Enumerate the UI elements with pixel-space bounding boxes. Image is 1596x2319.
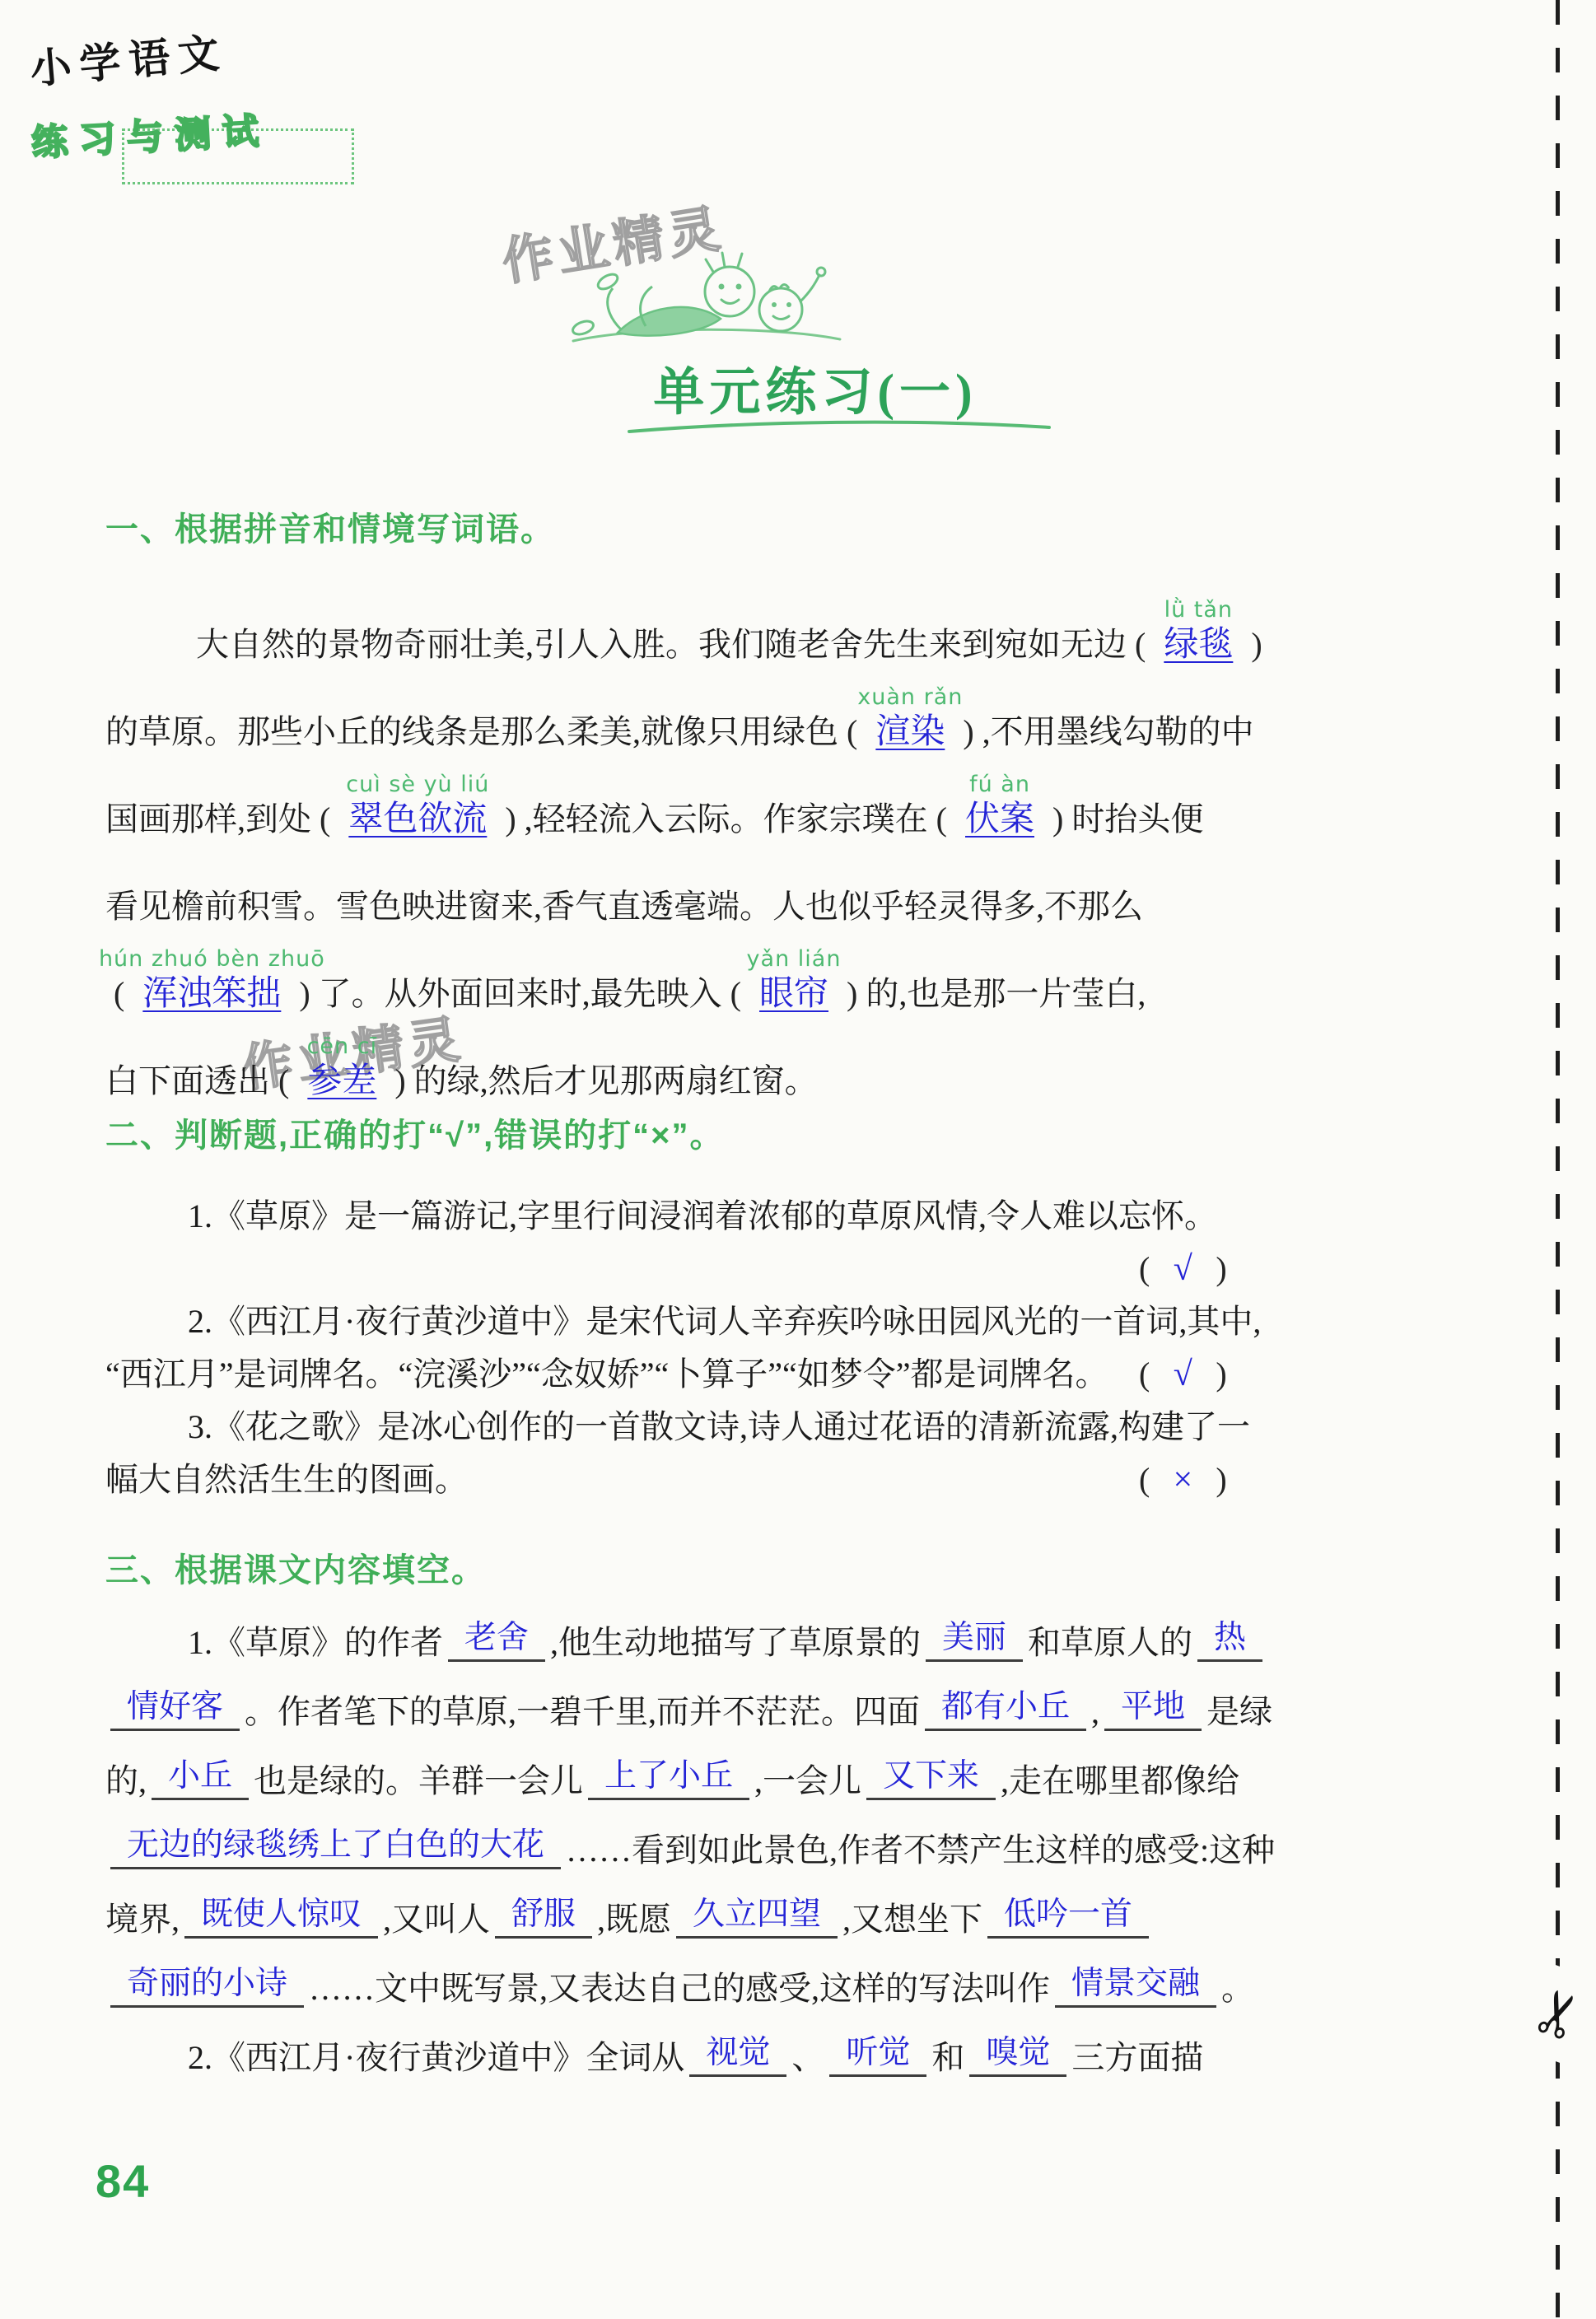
printed-text: ,	[1091, 1693, 1099, 1731]
pinyin-answer-unit: xuàn rǎn ( 渲染 )	[838, 713, 982, 751]
exercise-line: 国画那样,到处 cuì sè yù liú ( 翠色欲流 ) ,轻轻流入云际。作…	[105, 751, 1499, 838]
blank-answer: 既使人惊叹	[184, 1896, 378, 1939]
fill-line: 1.《草原》的作者 老舍 ,他生动地描写了草原景的 美丽 和草原人的 热	[105, 1593, 1499, 1662]
open-paren: (	[1124, 1250, 1164, 1288]
pinyin-label: fú àn	[969, 772, 1030, 797]
handwritten-answer: 伏案	[955, 800, 1044, 838]
printed-text: 三方面描	[1071, 2039, 1203, 2077]
close-paren: )	[1201, 1461, 1241, 1499]
section-2: 二、判断题,正确的打“√”,错误的打“×”。 1.《草原》是一篇游记,字里行间浸…	[105, 1113, 1499, 1499]
blank-answer: 久立四望	[676, 1896, 838, 1939]
blank-answer: 热	[1197, 1619, 1262, 1662]
workbook-page: 小学语文 练习与测试 作业精灵 作业精灵 单元练习(一)	[0, 0, 1596, 2319]
handwritten-answer: 浑浊笨拙	[133, 975, 291, 1013]
printed-text: 、	[791, 2039, 824, 2077]
printed-text: 2.《西江月·夜行黄沙道中》全词从	[105, 2039, 684, 2077]
pinyin-answer-unit: lǜ tǎn ( 绿毯 )	[1127, 626, 1271, 664]
blank-answer: 又下来	[866, 1757, 996, 1800]
pinyin-answer-unit: hún zhuó bèn zhuō ( 浑浊笨拙 )	[105, 975, 319, 1013]
close-paren: )	[1201, 1250, 1241, 1288]
check-mark: √	[1164, 1250, 1201, 1288]
printed-text: 。作者笔下的草原,一碧千里,而并不茫茫。四面	[245, 1693, 920, 1731]
judgement-answer: ( × )	[1124, 1461, 1242, 1499]
blank-answer: 情好客	[110, 1688, 240, 1731]
printed-text: 也是绿的。羊群一会儿	[254, 1762, 583, 1800]
fill-line: 的, 小丘 也是绿的。羊群一会儿 上了小丘 ,一会儿 又下来 ,走在哪里都像给	[105, 1731, 1499, 1800]
close-paren: )	[1201, 1355, 1241, 1393]
answer-line: ( √ )	[105, 1235, 1499, 1288]
publisher-logo: 小学语文 练习与测试	[30, 28, 376, 201]
open-paren: (	[1124, 1355, 1164, 1393]
judgement-items: 1.《草原》是一篇游记,字里行间浸润着浓郁的草原风情,令人难以忘怀。 ( √ )…	[105, 1183, 1499, 1499]
page-title: 单元练习(一)	[576, 351, 1054, 424]
printed-text: 白下面透出	[105, 1062, 270, 1100]
section-1-heading: 一、根据拼音和情境写词语。	[105, 507, 1499, 552]
printed-text: 幅大自然活生生的图画。	[105, 1461, 468, 1499]
blank-answer: 小丘	[152, 1757, 249, 1800]
question-line: “西江月”是词牌名。“浣溪沙”“念奴娇”“卜算子”“如梦令”都是词牌名。 ( √…	[105, 1341, 1499, 1393]
printed-text: 国画那样,到处	[105, 800, 311, 838]
fill-line: 无边的绿毯绣上了白色的大花 ……看到如此景色,作者不禁产生这样的感受:这种	[105, 1800, 1499, 1869]
question-line: 2.《西江月·夜行黄沙道中》是宋代词人辛弃疾吟咏田园风光的一首词,其中,	[105, 1288, 1499, 1341]
page-number: 84	[96, 2154, 150, 2208]
judgement-answer: ( √ )	[1124, 1250, 1242, 1288]
pinyin-answer-unit: yǎn lián ( 眼帘 )	[722, 975, 866, 1013]
pinyin-label: cuì sè yù liú	[346, 772, 489, 797]
logo-title: 小学语文	[27, 20, 229, 96]
pinyin-label: hún zhuó bèn zhuō	[99, 946, 325, 972]
question-line: 1.《草原》是一篇游记,字里行间浸润着浓郁的草原风情,令人难以忘怀。	[105, 1183, 1499, 1235]
exercise-line: 的草原。那些小丘的线条是那么柔美,就像只用绿色 xuàn rǎn ( 渲染 ) …	[105, 664, 1499, 751]
pinyin-label: lǜ tǎn	[1164, 597, 1233, 623]
section-3-heading: 三、根据课文内容填空。	[105, 1548, 1499, 1593]
printed-text: 的草原。那些小丘的线条是那么柔美,就像只用绿色	[105, 713, 838, 751]
close-paren: )	[838, 975, 866, 1013]
exercise-line: 白下面透出 cēn cī ( 参差 ) 的绿,然后才见那两扇红窗。	[105, 1013, 1499, 1100]
printed-text: 的,也是那一片莹白,	[866, 975, 1146, 1013]
fill-line: 情好客 。作者笔下的草原,一碧千里,而并不茫茫。四面 都有小丘 , 平地 是绿	[105, 1662, 1499, 1731]
open-paren: (	[928, 800, 955, 838]
close-paren: )	[1243, 626, 1270, 664]
close-paren: )	[497, 800, 524, 838]
printed-text: “西江月”是词牌名。“浣溪沙”“念奴娇”“卜算子”“如梦令”都是词牌名。	[105, 1355, 1108, 1393]
printed-text: 的,	[105, 1762, 147, 1800]
pinyin-answer-unit: fú àn ( 伏案 )	[928, 800, 1072, 838]
printed-text: ,一会儿	[754, 1762, 861, 1800]
fill-line: 奇丽的小诗 ……文中既写景,又表达自己的感受,这样的写法叫作 情景交融 。	[105, 1939, 1499, 2008]
printed-text: ,不用墨线勾勒的中	[982, 713, 1254, 751]
printed-text: ……看到如此景色,作者不禁产生这样的感受:这种	[566, 1831, 1275, 1869]
fill-blank-items: 1.《草原》的作者 老舍 ,他生动地描写了草原景的 美丽 和草原人的 热 情好客…	[105, 1593, 1499, 2077]
blank-answer: 奇丽的小诗	[110, 1965, 304, 2008]
printed-text: 和	[931, 2039, 964, 2077]
question-line: 3.《花之歌》是冰心创作的一首散文诗,诗人通过花语的清新流露,构建了一	[105, 1393, 1499, 1446]
pinyin-label: cēn cī	[307, 1034, 378, 1059]
pinyin-label: yǎn lián	[747, 946, 842, 972]
printed-text: ,既愿	[597, 1901, 671, 1939]
blank-answer: 嗅觉	[969, 2034, 1066, 2077]
open-paren: (	[270, 1062, 297, 1100]
blank-answer: 低吟一首	[987, 1896, 1149, 1939]
question-line: 幅大自然活生生的图画。 ( × )	[105, 1446, 1499, 1499]
cross-mark: ×	[1164, 1461, 1201, 1499]
printed-text: 3.《花之歌》是冰心创作的一首散文诗,诗人通过花语的清新流露,构建了一	[105, 1408, 1250, 1446]
blank-answer: 老舍	[448, 1619, 545, 1662]
open-paren: (	[311, 800, 338, 838]
section-3: 三、根据课文内容填空。 1.《草原》的作者 老舍 ,他生动地描写了草原景的 美丽…	[105, 1548, 1499, 2077]
handwritten-answer: 翠色欲流	[338, 800, 497, 838]
pinyin-answer-unit: cuì sè yù liú ( 翠色欲流 )	[311, 800, 525, 838]
printed-text: ,轻轻流入云际。作家宗璞在	[525, 800, 928, 838]
pinyin-answer-unit: cēn cī ( 参差 )	[270, 1062, 414, 1100]
kids-doodle	[567, 239, 847, 366]
pinyin-label: xuàn rǎn	[857, 684, 963, 710]
close-paren: )	[386, 1062, 413, 1100]
blank-answer: 舒服	[495, 1896, 592, 1939]
check-mark: √	[1164, 1355, 1201, 1393]
handwritten-answer: 眼帘	[749, 975, 838, 1013]
handwritten-answer: 参差	[297, 1062, 386, 1100]
open-paren: (	[105, 975, 133, 1013]
printed-text: 1.《草原》是一篇游记,字里行间浸润着浓郁的草原风情,令人难以忘怀。	[105, 1197, 1217, 1235]
open-paren: (	[1127, 626, 1154, 664]
close-paren: )	[954, 713, 982, 751]
blank-answer: 无边的绿毯绣上了白色的大花	[110, 1827, 561, 1869]
blank-answer: 平地	[1104, 1688, 1202, 1731]
blank-answer: 视觉	[689, 2034, 786, 2077]
scissors-icon: ✂	[1505, 1957, 1596, 2071]
open-paren: (	[1124, 1461, 1164, 1499]
fill-line: 2.《西江月·夜行黄沙道中》全词从 视觉 、 听觉 和 嗅觉 三方面描	[105, 2008, 1499, 2077]
printed-text: ,又想坐下	[842, 1901, 982, 1939]
open-paren: (	[838, 713, 866, 751]
printed-text: ,他生动地描写了草原景的	[550, 1624, 921, 1662]
exercise-line: 看见檐前积雪。雪色映进窗来,香气直透毫端。人也似乎轻灵得多,不那么	[105, 838, 1499, 926]
exercise-line: hún zhuó bèn zhuō ( 浑浊笨拙 ) 了。从外面回来时,最先映入…	[105, 926, 1499, 1013]
close-paren: )	[1044, 800, 1071, 838]
blank-answer: 听觉	[829, 2034, 926, 2077]
exercise-line: 大自然的景物奇丽壮美,引人入胜。我们随老舍先生来到宛如无边 lǜ tǎn ( 绿…	[105, 576, 1499, 664]
printed-text: 是绿	[1206, 1693, 1272, 1731]
printed-text: 看见檐前积雪。雪色映进窗来,香气直透毫端。人也似乎轻灵得多,不那么	[105, 888, 1143, 926]
blank-answer: 都有小丘	[925, 1688, 1086, 1731]
printed-text: 2.《西江月·夜行黄沙道中》是宋代词人辛弃疾吟咏田园风光的一首词,其中,	[105, 1303, 1261, 1341]
printed-text: 大自然的景物奇丽壮美,引人入胜。我们随老舍先生来到宛如无边	[105, 626, 1127, 664]
printed-text: 时抬头便	[1071, 800, 1203, 838]
fill-line: 境界, 既使人惊叹 ,又叫人 舒服 ,既愿 久立四望 ,又想坐下 低吟一首	[105, 1869, 1499, 1939]
section-1: 一、根据拼音和情境写词语。 大自然的景物奇丽壮美,引人入胜。我们随老舍先生来到宛…	[105, 507, 1499, 1100]
printed-text: 。	[1221, 1970, 1254, 2008]
printed-text: ……文中既写景,又表达自己的感受,这样的写法叫作	[309, 1970, 1050, 2008]
open-paren: (	[722, 975, 749, 1013]
close-paren: )	[291, 975, 318, 1013]
printed-text: 的绿,然后才见那两扇红窗。	[414, 1062, 818, 1100]
printed-text: ,走在哪里都像给	[1001, 1762, 1239, 1800]
title-underline-swoosh	[626, 417, 1054, 442]
section-2-heading: 二、判断题,正确的打“√”,错误的打“×”。	[105, 1113, 1499, 1158]
handwritten-answer: 渲染	[866, 713, 954, 751]
handwritten-answer: 绿毯	[1154, 626, 1243, 664]
printed-text: 了。从外面回来时,最先映入	[319, 975, 722, 1013]
printed-text: 境界,	[105, 1901, 180, 1939]
printed-text: ,又叫人	[383, 1901, 490, 1939]
judgement-answer: ( √ )	[1124, 1355, 1242, 1393]
blank-answer: 情景交融	[1055, 1965, 1216, 2008]
pinyin-paragraph: 大自然的景物奇丽壮美,引人入胜。我们随老舍先生来到宛如无边 lǜ tǎn ( 绿…	[105, 576, 1499, 1100]
blank-answer: 美丽	[926, 1619, 1023, 1662]
printed-text: 和草原人的	[1028, 1624, 1192, 1662]
printed-text: 1.《草原》的作者	[105, 1624, 443, 1662]
blank-answer: 上了小丘	[588, 1757, 749, 1800]
